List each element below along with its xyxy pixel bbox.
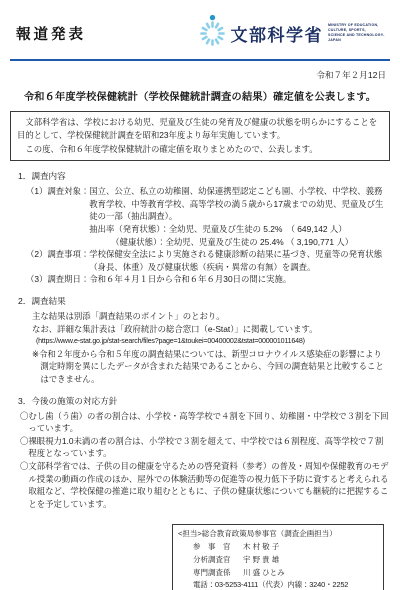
- page-title: 令和６年度学校保健統計（学校保健統計調査の結果）確定値を公表します。: [10, 88, 390, 103]
- summary-paragraph-1: 文部科学省は、学校における幼児、児童及び生徒の発育及び健康の状態を明らかにするこ…: [17, 116, 383, 143]
- ministry-en-line3: SCIENCE AND TECHNOLOGY-JAPAN: [328, 33, 385, 42]
- section-survey-results: 2．調査結果 主な結果は別添「調査結果のポイント」のとおり。 なお、詳細な集計表…: [10, 295, 390, 386]
- contact-row-sanjikan: 参 事 官 木 村 敬 子: [178, 541, 378, 554]
- survey-date-text: 令和６年４月１日から令和６年６月30日の間に実施。: [89, 273, 390, 286]
- contact-row-specialist: 専門調査係 川 盛 ひとみ: [178, 567, 378, 580]
- contact-row-analyst: 分析調査官 宇 野 貴 雄: [178, 554, 378, 567]
- contact-name-1: 木 村 敬 子: [243, 541, 279, 554]
- policy-bullet-cavities: 〇むし歯（う歯）の者の割合は、小学校・高等学校で４割を下回り、幼稚園・中学校で３…: [20, 410, 390, 435]
- survey-items-label: （2）調査事項：: [26, 248, 89, 273]
- contact-box: <担当>総合教育政策局参事官（調査企画担当） 参 事 官 木 村 敬 子 分析調…: [172, 524, 384, 590]
- section2-body: 主な結果は別添「調査結果のポイント」のとおり。 なお、詳細な集計表は「政府統計の…: [32, 310, 390, 386]
- survey-items-text: 学校保健安全法により実施される健康診断の結果に基づき、児童等の発育状態（身長、体…: [89, 248, 390, 273]
- survey-items-item: （2）調査事項： 学校保健安全法により実施される健康診断の結果に基づき、児童等の…: [26, 248, 390, 273]
- survey-date-label: （3）調査期日：: [26, 273, 89, 286]
- header-divider: [10, 59, 390, 61]
- ministry-en-line2: CULTURE, SPORTS,: [328, 28, 366, 32]
- results-line-1: 主な結果は別添「調査結果のポイント」のとおり。: [32, 310, 390, 323]
- ministry-en-line1: MINISTRY OF EDUCATION,: [328, 23, 378, 27]
- contact-name-2: 宇 野 貴 雄: [243, 554, 279, 567]
- press-release-page: 報道発表: [0, 0, 400, 590]
- release-date: 令和７年２月12日: [10, 69, 386, 81]
- sampling-rate-health: （健康状態）：全幼児、児童及び生徒の 25.4% （ 3,190,771 人）: [111, 236, 390, 249]
- policy-bullet-eyesight: 〇裸眼視力1.0未満の者の割合は、小学校で３割を超えて、中学校では６割程度、高等…: [20, 435, 390, 460]
- contact-area: <担当>総合教育政策局参事官（調査企画担当） 参 事 官 木 村 敬 子 分析調…: [10, 524, 384, 590]
- contact-role-1: 参 事 官: [193, 541, 243, 554]
- section-survey-content: 1．調査内容 （1）調査対象： 国立、公立、私立の幼稚園、幼保連携型認定こども園…: [10, 170, 390, 286]
- section-future-policy: 3．今後の施策の対応方針 〇むし歯（う歯）の者の割合は、小学校・高等学校で４割を…: [10, 395, 390, 511]
- contact-role-3: 専門調査係: [193, 567, 243, 580]
- ministry-name: 文部科学省: [231, 21, 324, 46]
- estat-url: (https://www.e-stat.go.jp/stat-search/fi…: [36, 336, 390, 347]
- ministry-brand: 文部科学省 MINISTRY OF EDUCATION, CULTURE, SP…: [199, 14, 387, 52]
- survey-target-label: （1）調査対象：: [26, 185, 89, 248]
- survey-date-item: （3）調査期日： 令和６年４月１日から令和６年６月30日の間に実施。: [26, 273, 390, 286]
- section1-heading: 1．調査内容: [18, 170, 390, 183]
- summary-paragraph-2: この度、令和６年度学校保健統計の確定値を取りまとめたので、公表します。: [17, 143, 383, 156]
- mext-logo-icon: [199, 14, 226, 52]
- section3-heading: 3．今後の施策の対応方針: [18, 395, 390, 408]
- contact-role-2: 分析調査官: [193, 554, 243, 567]
- sampling-rate-growth: 抽出率（発育状態）：全幼児、児童及び生徒の 5.2% （ 649,142 人）: [89, 223, 390, 236]
- contact-department: <担当>総合教育政策局参事官（調査企画担当）: [178, 528, 378, 541]
- policy-bullet-initiatives: 〇文部科学省では、子供の目の健康を守るための啓発資料（参考）の普及・周知や保健教…: [20, 460, 390, 510]
- results-line-2: なお、詳細な集計表は「政府統計の総合窓口（e-Stat）」に掲載しています。: [32, 323, 390, 336]
- ministry-name-english: MINISTRY OF EDUCATION, CULTURE, SPORTS, …: [328, 23, 386, 42]
- section2-heading: 2．調査結果: [18, 295, 390, 308]
- document-header: 報道発表: [10, 12, 390, 52]
- contact-name-3: 川 盛 ひとみ: [243, 567, 285, 580]
- survey-target-text: 国立、公立、私立の幼稚園、幼保連携型認定こども園、小学校、中学校、義務教育学校、…: [89, 186, 383, 221]
- section3-body: 〇むし歯（う歯）の者の割合は、小学校・高等学校で４割を下回り、幼稚園・中学校で３…: [20, 410, 390, 511]
- survey-target-body: 国立、公立、私立の幼稚園、幼保連携型認定こども園、小学校、中学校、義務教育学校、…: [89, 185, 390, 248]
- survey-target-item: （1）調査対象： 国立、公立、私立の幼稚園、幼保連携型認定こども園、小学校、中学…: [26, 185, 390, 248]
- contact-phone: 電話：03-5253-4111（代表）内線：3240・2252: [178, 579, 378, 590]
- press-release-label: 報道発表: [16, 23, 86, 44]
- comparison-note: ※令和２年度から令和５年度の調査結果については、新型コロナウイルス感染症の影響に…: [32, 348, 390, 386]
- summary-box: 文部科学省は、学校における幼児、児童及び生徒の発育及び健康の状態を明らかにするこ…: [10, 111, 390, 161]
